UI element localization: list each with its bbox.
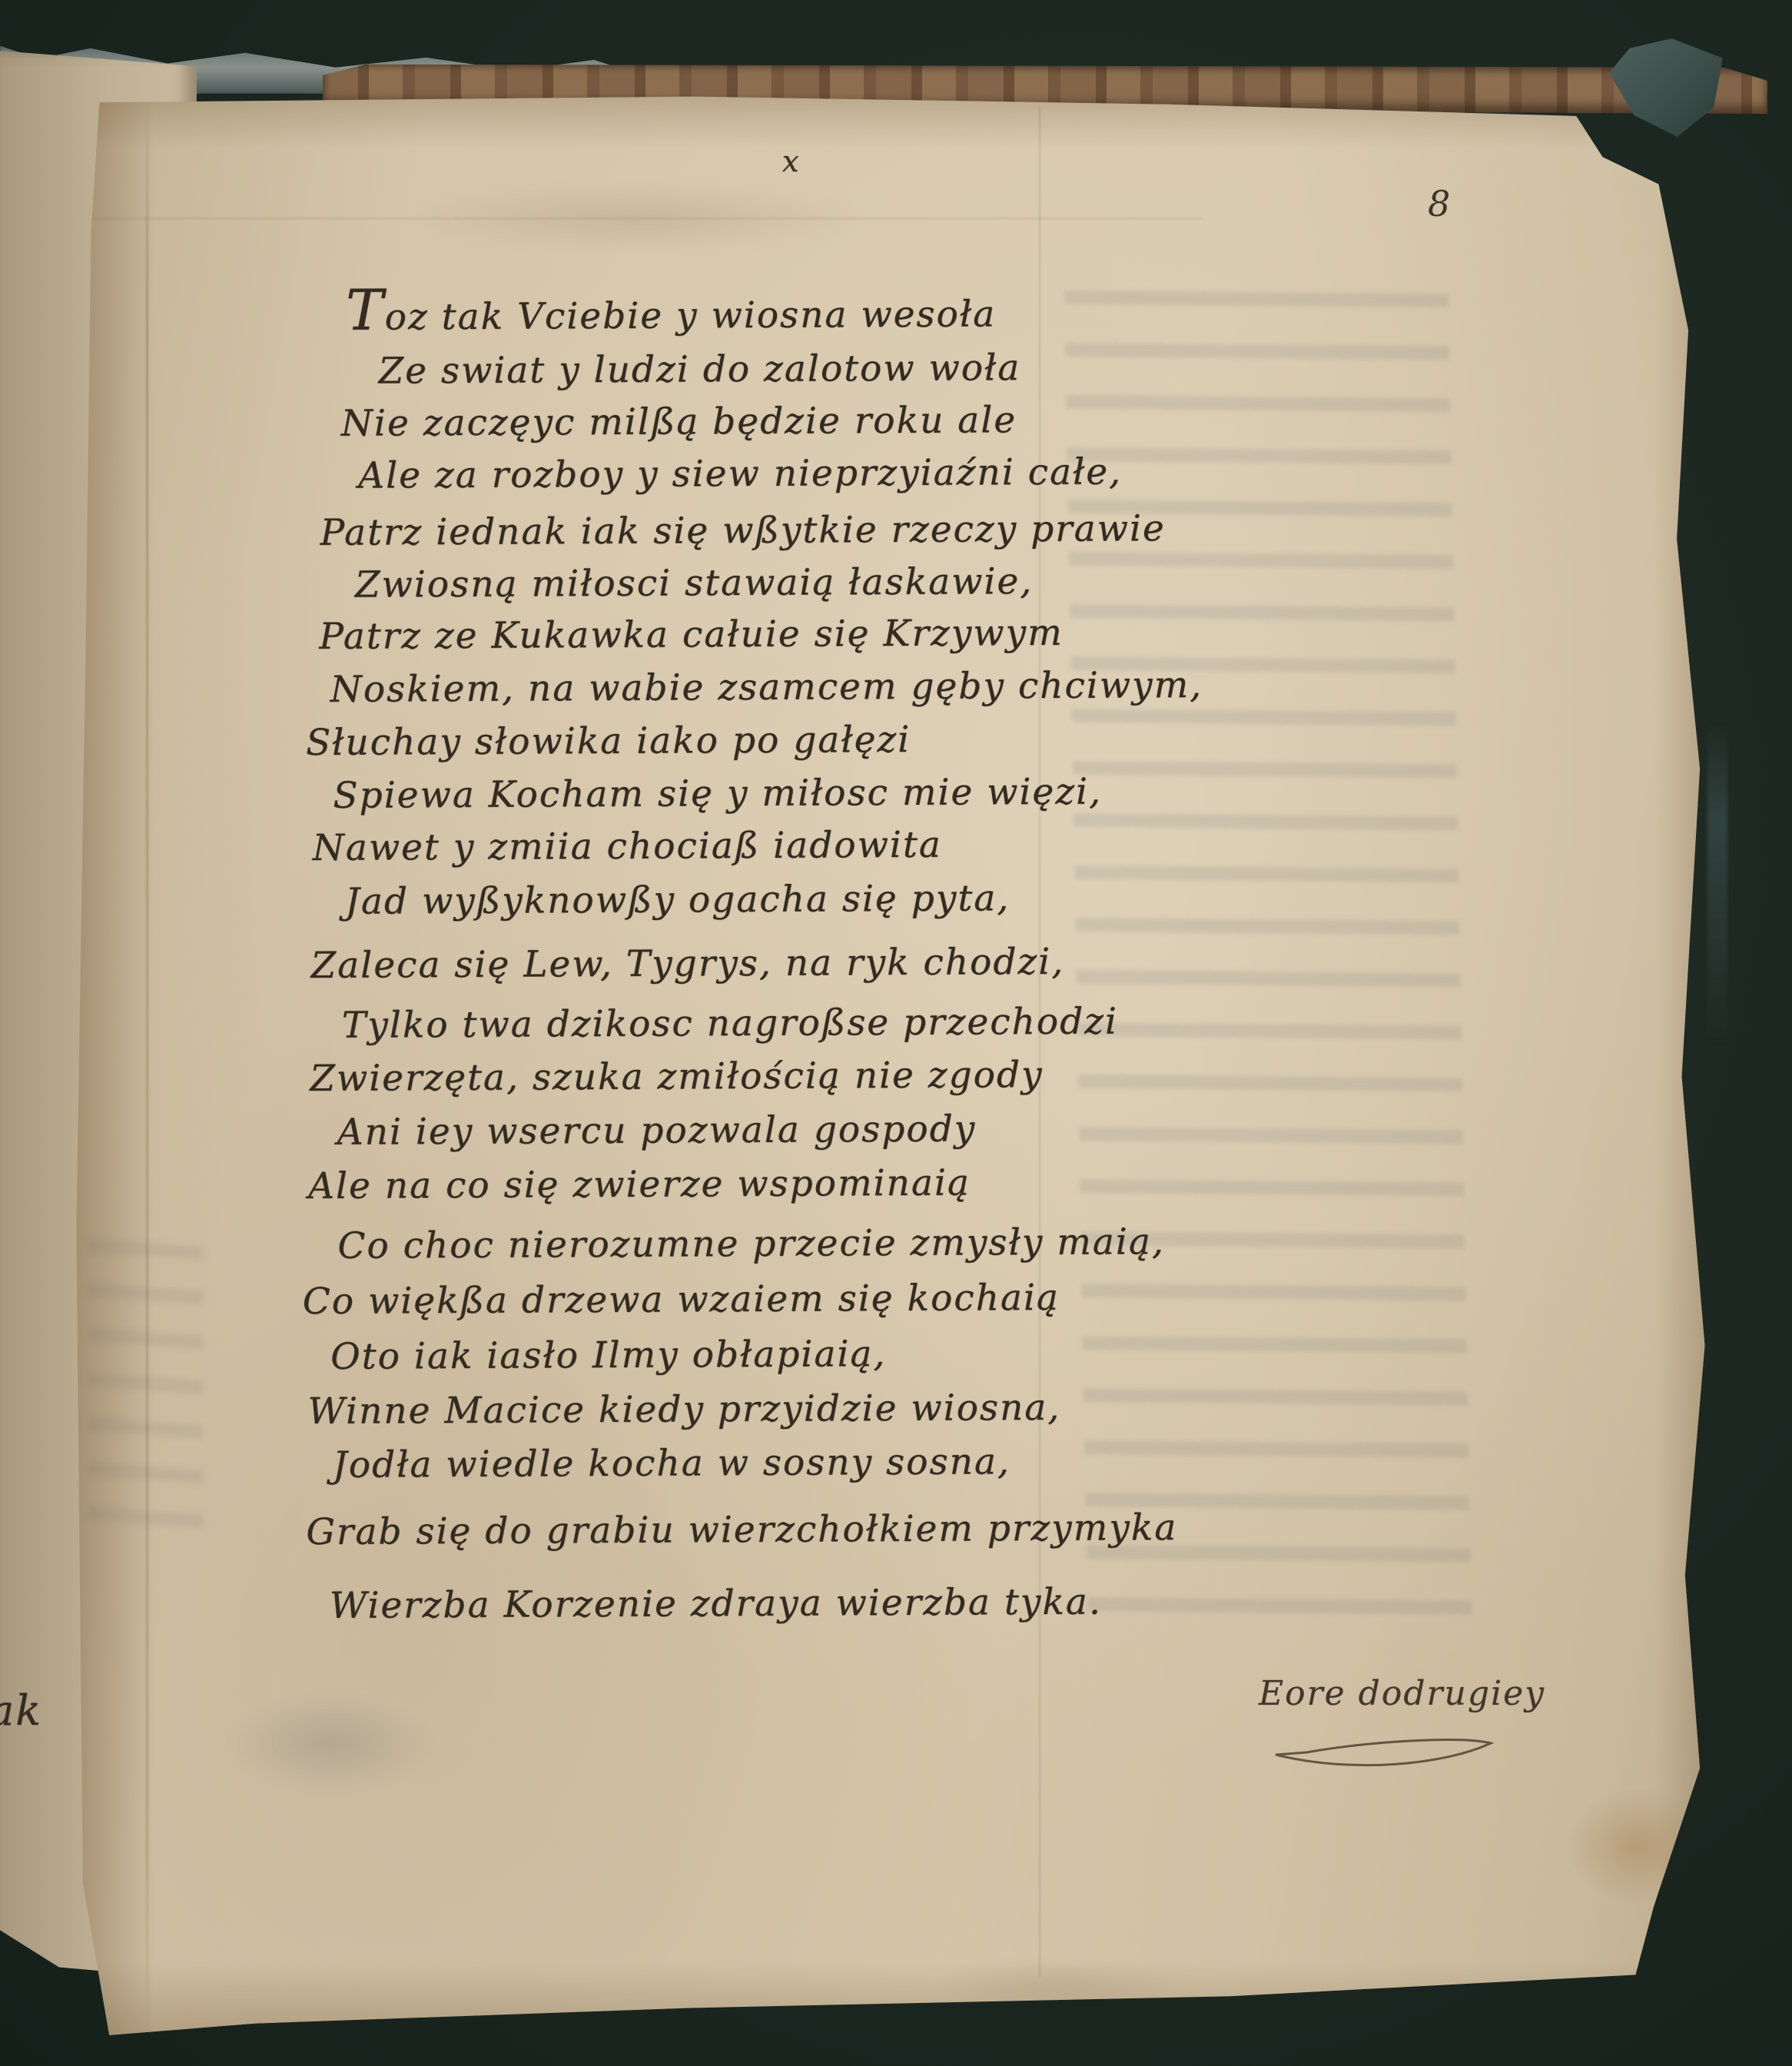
poem-line: Zwierzęta, szuka zmiłością nie zgody [310,1054,1044,1100]
poem-line: Zwiosną miłosci stawaią łaskawie, [355,560,1034,606]
poem-line: Noskiem, na wabie zsamcem gęby chciwym, [330,664,1203,711]
poem-line: Oto iak iasło Ilmy obłapiaią, [330,1333,886,1378]
poem-line: Słuchay słowika iako po gałęzi [306,719,911,764]
catchword: Eore dodrugiey [1259,1674,1545,1713]
poem-line: Patrz iednak iak się wßytkie rzeczy praw… [320,507,1165,554]
poem-line: Co więkßa drzewa wzaiem się kochaią [303,1277,1060,1323]
poem-line: Co choc nierozumne przecie zmysły maią, [337,1221,1165,1267]
poem-line: Nawet y zmiia chociaß iadowita [313,824,942,869]
poem-line: Spiewa Kocham się y miłosc mie więzi, [333,771,1102,817]
poem-line: Wierzba Korzenie zdraya wierzba tyka. [330,1581,1102,1627]
poem-line: Grab się do grabiu wierzchołkiem przymyk… [306,1506,1177,1553]
poem-line: Winne Macice kiedy przyidzie wiosna, [307,1387,1060,1433]
poem-line: Jodła wiedle kocha w sosny sosna, [333,1440,1010,1486]
poem-line: Patrz ze Kukawka całuie się Krzywym [319,612,1064,658]
poem-line: Ani iey wsercu pozwala gospody [337,1108,977,1153]
poem-line: Ze swiat y ludzi do zalotow woła [378,347,1020,392]
poem-line: Tylko twa dzikosc nagroßse przechodzi [342,1000,1118,1046]
poem-line: Ale na co się zwierze wspominaią [308,1161,971,1207]
poem-line: Nie zaczęyc milßą będzie roku ale [341,399,1017,445]
poem-text-block: Toz tak Vciebie y wiosna wesoła Ze swiat… [0,0,1792,2066]
poem-line: Zaleca się Lew, Tygrys, na ryk chodzi, [310,941,1064,987]
poem-line: Jad wyßyknowßy ogacha się pyta, [345,877,1010,923]
poem-line: Toz tak Vciebie y wiosna wesoła [346,285,996,338]
manuscript-scan: ak x 8 Toz tak Vciebie y wiosna wesoła Z… [0,0,1792,2066]
poem-line: Ale za rozboy y siew nieprzyiaźni całe, [358,450,1122,497]
catchword-flourish [1260,1720,1522,1774]
